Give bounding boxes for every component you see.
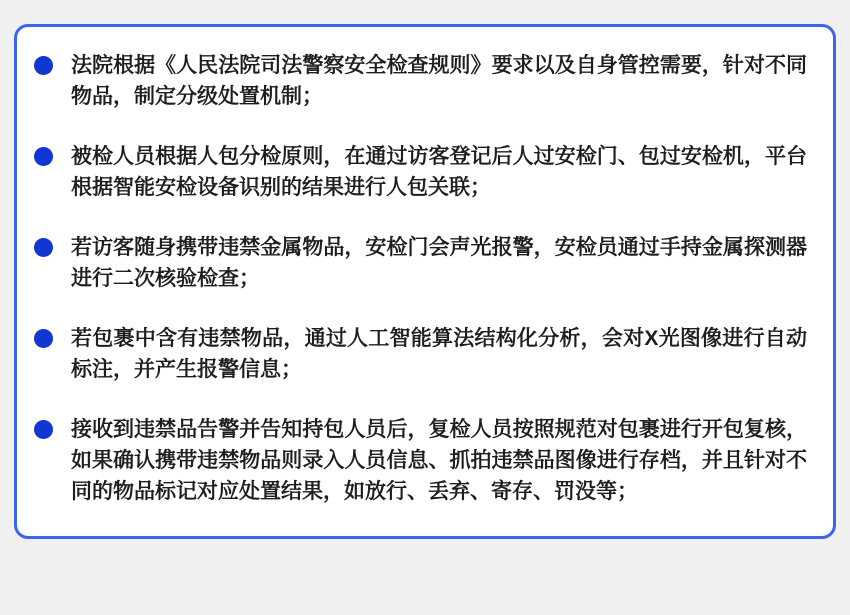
list-item: 接收到违禁品告警并告知持包人员后，复检人员按照规范对包裹进行开包复核，如果确认携…	[31, 414, 807, 507]
bullet-dot-icon	[34, 238, 53, 257]
bullet-dot-icon	[34, 147, 53, 166]
list-item: 法院根据《人民法院司法警察安全检查规则》要求以及自身管控需要，针对不同物品，制定…	[31, 50, 807, 112]
list-item: 若包裹中含有违禁物品，通过人工智能算法结构化分析，会对X光图像进行自动标注，并产…	[31, 323, 807, 385]
bullet-dot-icon	[34, 420, 53, 439]
list-item-text: 接收到违禁品告警并告知持包人员后，复检人员按照规范对包裹进行开包复核，如果确认携…	[71, 414, 807, 507]
bullet-dot-icon	[34, 56, 53, 75]
list-item: 被检人员根据人包分检原则，在通过访客登记后人过安检门、包过安检机，平台根据智能安…	[31, 141, 807, 203]
list-item-text: 若访客随身携带违禁金属物品，安检门会声光报警，安检员通过手持金属探测器进行二次核…	[71, 232, 807, 294]
bullet-dot-icon	[34, 329, 53, 348]
info-card: 法院根据《人民法院司法警察安全检查规则》要求以及自身管控需要，针对不同物品，制定…	[14, 24, 836, 539]
list-item: 若访客随身携带违禁金属物品，安检门会声光报警，安检员通过手持金属探测器进行二次核…	[31, 232, 807, 294]
list-item-text: 被检人员根据人包分检原则，在通过访客登记后人过安检门、包过安检机，平台根据智能安…	[71, 141, 807, 203]
list-item-text: 法院根据《人民法院司法警察安全检查规则》要求以及自身管控需要，针对不同物品，制定…	[71, 50, 807, 112]
list-item-text: 若包裹中含有违禁物品，通过人工智能算法结构化分析，会对X光图像进行自动标注，并产…	[71, 323, 807, 385]
bullet-list: 法院根据《人民法院司法警察安全检查规则》要求以及自身管控需要，针对不同物品，制定…	[31, 50, 807, 507]
